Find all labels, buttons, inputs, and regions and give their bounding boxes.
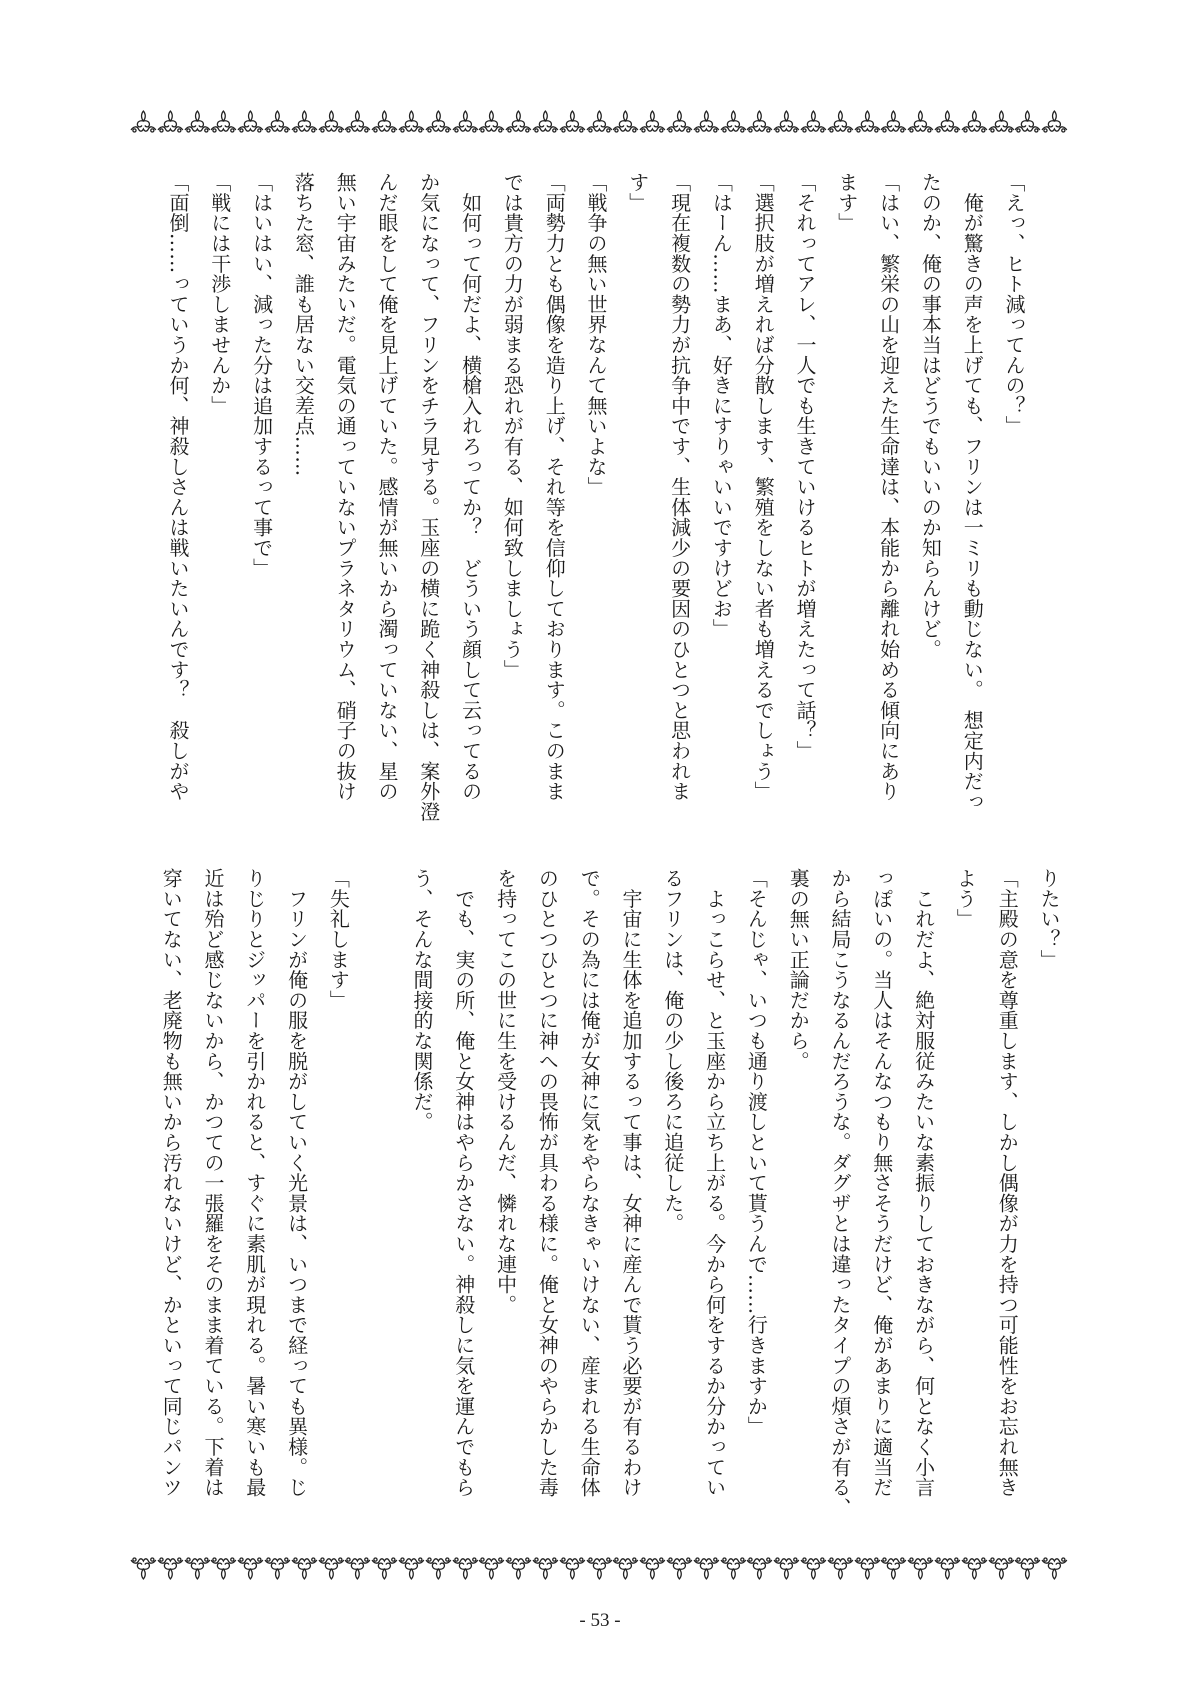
lace-ornament-icon xyxy=(532,108,559,134)
lace-ornament-icon xyxy=(291,1556,318,1582)
lace-ornament-icon xyxy=(505,1556,532,1582)
text-column: たのか、俺の事本当はどうでもいいのか知らんけど。 xyxy=(917,172,941,659)
lace-ornament-icon xyxy=(693,1556,720,1582)
lace-ornament-icon xyxy=(398,108,425,134)
lace-ornament-icon xyxy=(961,108,988,134)
lace-ornament-icon xyxy=(639,1556,666,1582)
lace-ornament-icon xyxy=(1014,1556,1041,1582)
lace-ornament-icon xyxy=(934,108,961,134)
text-column: るフリンは、俺の少し後ろに追従した。 xyxy=(660,868,684,1233)
lace-ornament-icon xyxy=(880,1556,907,1582)
text-column: 「はーん……まあ、好きにすりゃいいですけどお」 xyxy=(708,172,732,639)
novel-page: 「えっ、ヒト減ってんの？」 俺が驚きの声を上げても、フリンは一ミリも動じない。 … xyxy=(0,0,1200,1695)
lace-ornament-icon xyxy=(184,108,211,134)
page-number: - 53 - xyxy=(0,1610,1200,1632)
lace-ornament-icon xyxy=(1041,108,1068,134)
lace-ornament-icon xyxy=(854,108,881,134)
text-column: 裏の無い正論だから。 xyxy=(785,868,809,1071)
text-column: を持ってこの世に生を受けるんだ、憐れな連中。 xyxy=(493,868,517,1315)
lace-ornament-icon xyxy=(452,1556,479,1582)
lace-ornament-icon xyxy=(827,108,854,134)
text-column: 俺が驚きの声を上げても、フリンは一ミリも動じない。 想定内だっ xyxy=(959,172,983,812)
lace-ornament-icon xyxy=(880,108,907,134)
lace-ornament-icon xyxy=(1041,1556,1068,1582)
text-column: りじりとジッパーを引かれると、すぐに素肌が現れる。暑い寒いも最 xyxy=(242,868,266,1497)
text-column: 「戦争の無い世界なんて無いよな」 xyxy=(583,172,607,497)
text-column: から結局こうなるんだろうな。ダグザとは違ったタイプの煩さが有る、 xyxy=(827,868,851,1518)
lace-ornament-icon xyxy=(746,108,773,134)
text-column: 「そんじゃ、いつも通り渡しといて貰うんで……行きますか」 xyxy=(743,868,767,1436)
lace-ornament-icon xyxy=(264,1556,291,1582)
lace-ornament-icon xyxy=(371,1556,398,1582)
lace-ornament-icon xyxy=(773,1556,800,1582)
text-column: んだ眼をして俺を見上げていた。感情が無いから濁っていない、星の xyxy=(374,172,398,801)
text-column: 穿いてない、老廃物も無いから汚れないけど、かといって同じパンツ xyxy=(158,868,182,1497)
lace-ornament-icon xyxy=(291,108,318,134)
text-column: 「両勢力とも偶像を造り上げ、それ等を信仰しております。このまま xyxy=(541,172,565,801)
lace-ornament-icon xyxy=(827,1556,854,1582)
lace-ornament-icon xyxy=(720,1556,747,1582)
lace-ornament-icon xyxy=(907,108,934,134)
bottom-ornament-border xyxy=(130,1556,1068,1582)
lace-ornament-icon xyxy=(612,108,639,134)
lace-ornament-icon xyxy=(130,108,157,134)
lace-ornament-icon xyxy=(800,108,827,134)
lace-ornament-icon xyxy=(398,1556,425,1582)
text-column: では貴方の力が弱まる恐れが有る、如何致しましょう」 xyxy=(499,172,523,680)
lace-ornament-icon xyxy=(988,108,1015,134)
lace-ornament-icon xyxy=(344,108,371,134)
lace-ornament-icon xyxy=(532,1556,559,1582)
lace-ornament-icon xyxy=(559,108,586,134)
text-column: フリンが俺の服を脱がしていく光景は、いつまで経っても異様。じ xyxy=(284,868,308,1497)
lace-ornament-icon xyxy=(452,108,479,134)
lace-ornament-icon xyxy=(210,108,237,134)
lace-ornament-icon xyxy=(639,108,666,134)
text-column: 無い宇宙みたいだ。電気の通っていないプラネタリウム、硝子の抜け xyxy=(332,172,356,801)
text-column: 「選択肢が増えれば分散します、繁殖をしない者も増えるでしょう」 xyxy=(750,172,774,801)
lace-ornament-icon xyxy=(1014,108,1041,134)
lace-ornament-icon xyxy=(157,1556,184,1582)
lace-ornament-icon xyxy=(184,1556,211,1582)
text-column: 近は殆ど感じないから、かつての一張羅をそのまま着ている。下着は xyxy=(200,868,224,1497)
lace-ornament-icon xyxy=(720,108,747,134)
lace-ornament-icon xyxy=(371,108,398,134)
text-column: これだよ、絶対服従みたいな素振りしておきながら、何となく小言 xyxy=(911,868,935,1497)
text-column: 宇宙に生体を追加するって事は、女神に産んで貰う必要が有るわけ xyxy=(618,868,642,1497)
lace-ornament-icon xyxy=(800,1556,827,1582)
lace-ornament-icon xyxy=(157,108,184,134)
text-column: か気になって、フリンをチラ見する。玉座の横に跪く神殺しは、案外澄 xyxy=(416,172,440,822)
lace-ornament-icon xyxy=(586,108,613,134)
text-column: よっこらせ、と玉座から立ち上がる。今から何をするか分かってい xyxy=(702,868,726,1497)
text-column: でも、実の所、俺と女神はやらかさない。神殺しに気を運んでもら xyxy=(451,868,475,1497)
lace-ornament-icon xyxy=(586,1556,613,1582)
text-column: 「はいはい、減った分は追加するって事で」 xyxy=(249,172,273,578)
lace-ornament-icon xyxy=(478,1556,505,1582)
lace-ornament-icon xyxy=(237,1556,264,1582)
text-column: 如何って何だよ、横槍入れろってか？ どういう顔して云ってるの xyxy=(458,172,482,801)
lace-ornament-icon xyxy=(425,1556,452,1582)
lace-ornament-icon xyxy=(425,108,452,134)
lace-ornament-icon xyxy=(907,1556,934,1582)
lace-ornament-icon xyxy=(854,1556,881,1582)
text-column: 「面倒……っていうか何、神殺しさんは戦いたいんです？ 殺しがや xyxy=(165,172,189,801)
text-column: す」 xyxy=(625,172,649,213)
lace-ornament-icon xyxy=(961,1556,988,1582)
upper-text-block: 「えっ、ヒト減ってんの？」 俺が驚きの声を上げても、フリンは一ミリも動じない。 … xyxy=(0,172,1200,832)
lace-ornament-icon xyxy=(237,108,264,134)
text-column: で。その為には俺が女神に気をやらなきゃいけない、産まれる生命体 xyxy=(576,868,600,1497)
text-column: 「それってアレ、一人でも生きていけるヒトが増えたって話？」 xyxy=(792,172,816,761)
lace-ornament-icon xyxy=(505,108,532,134)
text-column: よう」 xyxy=(952,868,976,929)
lace-ornament-icon xyxy=(130,1556,157,1582)
text-column: 「えっ、ヒト減ってんの？」 xyxy=(1001,172,1025,436)
lace-ornament-icon xyxy=(988,1556,1015,1582)
text-column: 「失礼します」 xyxy=(325,868,349,1010)
text-column: 「はい、繁栄の山を迎えた生命達は、本能から離れ始める傾向にあり xyxy=(876,172,900,801)
lace-ornament-icon xyxy=(344,1556,371,1582)
lace-ornament-icon xyxy=(746,1556,773,1582)
text-column: っぽいの。当人はそんなつもり無さそうだけど、俺があまりに適当だ xyxy=(869,868,893,1497)
lace-ornament-icon xyxy=(666,108,693,134)
text-column: のひとつひとつに神への畏怖が具わる様に。俺と女神のやらかした毒 xyxy=(534,868,558,1497)
lower-text-block: りたい？」「主殿の意を尊重します、しかし偶像が力を持つ可能性をお忘れ無きよう」 … xyxy=(0,868,1200,1528)
lace-ornament-icon xyxy=(612,1556,639,1582)
lace-ornament-icon xyxy=(210,1556,237,1582)
text-column: ます」 xyxy=(834,172,858,233)
text-column: 「主殿の意を尊重します、しかし偶像が力を持つ可能性をお忘れ無き xyxy=(994,868,1018,1497)
lace-ornament-icon xyxy=(666,1556,693,1582)
lace-ornament-icon xyxy=(478,108,505,134)
lace-ornament-icon xyxy=(318,1556,345,1582)
lace-ornament-icon xyxy=(934,1556,961,1582)
lace-ornament-icon xyxy=(559,1556,586,1582)
text-column: 「現在複数の勢力が抗争中です、生体減少の要因のひとつと思われま xyxy=(667,172,691,801)
lace-ornament-icon xyxy=(693,108,720,134)
top-ornament-border xyxy=(130,108,1068,134)
text-column: 「戦には干渉しませんか」 xyxy=(207,172,231,416)
text-column: りたい？」 xyxy=(1036,868,1060,970)
lace-ornament-icon xyxy=(318,108,345,134)
text-column: う、そんな間接的な関係だ。 xyxy=(409,868,433,1132)
lace-ornament-icon xyxy=(773,108,800,134)
lace-ornament-icon xyxy=(264,108,291,134)
text-column: 落ちた窓、誰も居ない交差点…… xyxy=(290,172,314,477)
